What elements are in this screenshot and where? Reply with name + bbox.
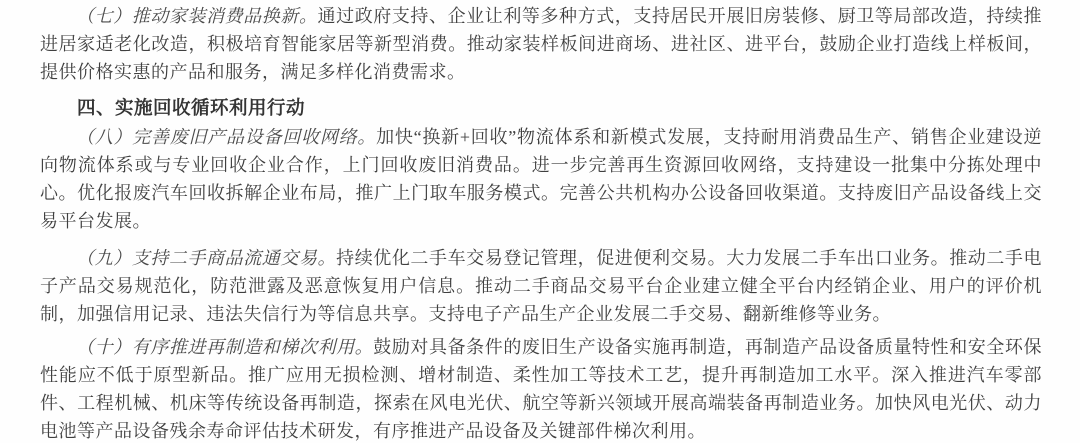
paragraph-eight-lead: （八）完善废旧产品设备回收网络。 (76, 127, 376, 147)
document-page: （七）推动家装消费品换新。通过政府支持、企业让利等多种方式，支持居民开展旧房装修… (0, 0, 1080, 443)
paragraph-seven-lead: （七）推动家装消费品换新。 (76, 6, 318, 26)
paragraph-ten-lead: （十）有序推进再制造和梯次利用。 (76, 337, 373, 357)
paragraph-eight: （八）完善废旧产品设备回收网络。加快“换新+回收”物流体系和新模式发展，支持耐用… (40, 123, 1042, 235)
paragraph-nine-lead: （九）支持二手商品流通交易。 (76, 248, 336, 268)
section-heading-four: 四、实施回收循环利用行动 (40, 95, 1042, 123)
paragraph-nine: （九）支持二手商品流通交易。持续优化二手车交易登记管理，促进便利交易。大力发展二… (40, 244, 1042, 328)
paragraph-ten: （十）有序推进再制造和梯次利用。鼓励对具备条件的废旧生产设备实施再制造，再制造产… (40, 333, 1042, 443)
paragraph-seven: （七）推动家装消费品换新。通过政府支持、企业让利等多种方式，支持居民开展旧房装修… (40, 2, 1042, 86)
